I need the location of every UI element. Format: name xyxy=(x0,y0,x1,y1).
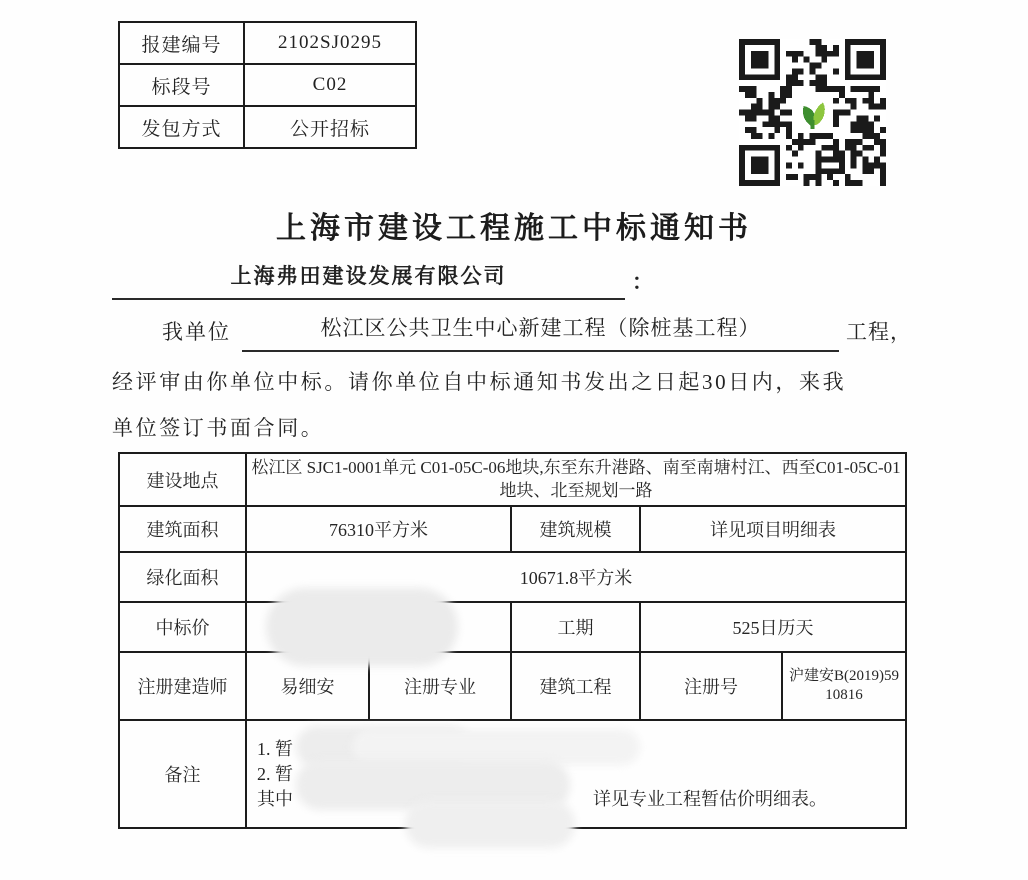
note-line-3-prefix: 其中 xyxy=(257,789,293,809)
regno-label: 注册号 xyxy=(640,652,782,720)
notes-label: 备注 xyxy=(119,720,246,828)
body-text-line: 经评审由你单位中标。请你单位自中标通知书发出之日起30日内，来我 xyxy=(112,366,922,396)
duration-label: 工期 xyxy=(511,602,640,652)
redaction-smudge-bid-price xyxy=(266,588,458,666)
regno-value: 沪建安B(2019)5910816 xyxy=(782,652,906,720)
winning-company-name: 上海弗田建设发展有限公司 xyxy=(112,258,625,300)
building-area-value: 76310平方米 xyxy=(246,506,511,552)
note-line-3-suffix: 详见专业工程暂估价明细表。 xyxy=(593,789,827,809)
major-value: 建筑工程 xyxy=(511,652,640,720)
table-row: 发包方式 公开招标 xyxy=(119,106,416,148)
table-row: 注册建造师 易细安 注册专业 建筑工程 注册号 沪建安B(2019)591081… xyxy=(119,652,906,720)
green-area-label: 绿化面积 xyxy=(119,552,246,602)
page-title: 上海市建设工程施工中标通知书 xyxy=(0,203,1028,247)
redaction-smudge-below-table xyxy=(405,800,575,848)
bid-notice-document: 报建编号 2102SJ0295 标段号 C02 发包方式 公开招标 xyxy=(0,0,1028,880)
site-value: 松江区 SJC1-0001单元 C01-05C-06地块,东至东升港路、南至南塘… xyxy=(246,453,906,506)
section-number-value: C02 xyxy=(244,64,416,106)
table-row: 建设地点 松江区 SJC1-0001单元 C01-05C-06地块,东至东升港路… xyxy=(119,453,906,506)
reg-number-label: 报建编号 xyxy=(119,22,244,64)
builder-label: 注册建造师 xyxy=(119,652,246,720)
table-row: 建筑面积 76310平方米 建筑规模 详见项目明细表 xyxy=(119,506,906,552)
table-row: 报建编号 2102SJ0295 xyxy=(119,22,416,64)
registration-info-table: 报建编号 2102SJ0295 标段号 C02 发包方式 公开招标 xyxy=(118,21,417,149)
duration-value: 525日历天 xyxy=(640,602,906,652)
site-label: 建设地点 xyxy=(119,453,246,506)
table-row: 标段号 C02 xyxy=(119,64,416,106)
body-text-line: 单位签订书面合同。 xyxy=(112,412,922,442)
qr-center-logo xyxy=(794,94,832,132)
table-row: 绿化面积 10671.8平方米 xyxy=(119,552,906,602)
tender-method-label: 发包方式 xyxy=(119,106,244,148)
reg-number-value: 2102SJ0295 xyxy=(244,22,416,64)
qr-code-icon xyxy=(739,39,886,186)
building-scale-label: 建筑规模 xyxy=(511,506,640,552)
section-number-label: 标段号 xyxy=(119,64,244,106)
tender-method-value: 公开招标 xyxy=(244,106,416,148)
salutation-colon: ： xyxy=(632,266,653,296)
bid-price-label: 中标价 xyxy=(119,602,246,652)
body-prefix: 我单位 xyxy=(162,316,231,346)
table-row: 中标价 工期 525日历天 xyxy=(119,602,906,652)
body-suffix: 工程， xyxy=(846,316,912,346)
building-area-label: 建筑面积 xyxy=(119,506,246,552)
building-scale-value: 详见项目明细表 xyxy=(640,506,906,552)
project-name: 松江区公共卫生中心新建工程（除桩基工程） xyxy=(242,308,839,352)
